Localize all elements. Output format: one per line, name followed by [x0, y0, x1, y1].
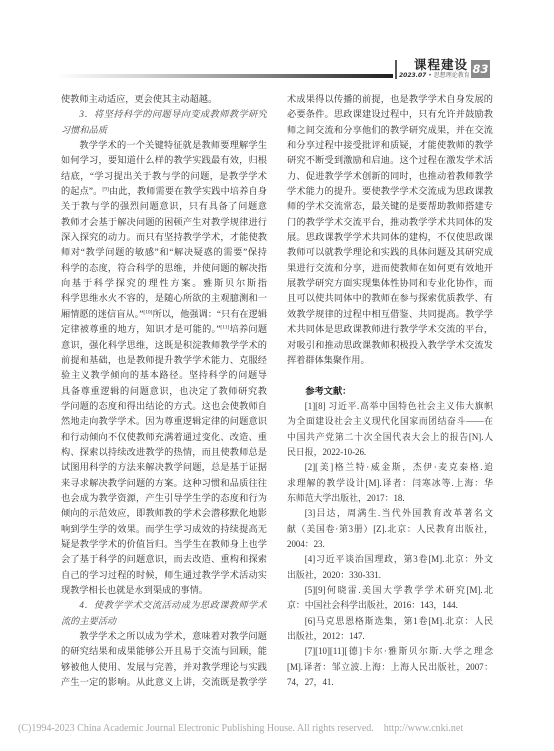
- issue-date: 2023.07: [399, 72, 426, 79]
- reference-line: [2][美]格兰特·威金斯，杰伊·麦克泰格.追: [287, 460, 493, 475]
- journal-name: 思想理论教育: [434, 72, 470, 79]
- body-line: 定律被尊重的地方，知识才是可能的。”[11]培养问题: [61, 322, 267, 337]
- section-title: 课程建设: [400, 58, 468, 72]
- body-line: 挥着群体集聚作用。: [287, 353, 493, 368]
- reference-line: [1][8] 习近平.高举中国特色社会主义伟大旗帜: [287, 399, 493, 414]
- reference-item: [4]习近平谈治国理政，第3卷[M].北京：外文 出版社，2020：330-33…: [287, 552, 493, 583]
- left-column: 使教师主动适应，更会使其主动超越。 3．将坚持科学的问题导向变成教师教学研究的 …: [61, 92, 267, 690]
- body-line: 教师才会基于解决问题的困顿产生对教学规律进行: [61, 215, 267, 230]
- body-line: 术共同体是思政课教师进行教学学术交流的平台，: [287, 322, 493, 337]
- body-line: 师对“教学问题的敏感”和“解决疑惑的需要”保持: [61, 245, 267, 260]
- body-line: 然地走向教学学术。因为尊重逻辑定律的问题意识: [61, 414, 267, 429]
- body-line: 会了基于科学的问题意识，而去改造、重构和探索: [61, 552, 267, 567]
- body-line: 试图用科学的方法来解决教学问题，总是基于证据: [61, 460, 267, 475]
- reference-line: 东师范大学出版社，2017：18.: [287, 491, 493, 506]
- spacer: [287, 368, 493, 383]
- section-heading-3: 3．将坚持科学的问题导向变成教师教学研究的: [61, 107, 267, 122]
- body-line: 必要条件。思政课建设过程中，只有允许并鼓励教: [287, 107, 493, 122]
- reference-item: [2][美]格兰特·威金斯，杰伊·麦克泰格.追 求理解的教学设计[M].译者：闫…: [287, 460, 493, 506]
- reference-line: [4]习近平谈治国理政，第3卷[M].北京：外文: [287, 552, 493, 567]
- reference-line: 献（美国卷·第3册）[Z].北京：人民教育出版社，: [287, 522, 493, 537]
- reference-item: [5][9]何晓雷.美国大学教学学术研究[M].北 京：中国社会科学出版社，20…: [287, 583, 493, 614]
- reference-line: 京：中国社会科学出版社，2016：143，144.: [287, 598, 493, 613]
- reference-line: 中国共产党第二十次全国代表大会上的报告[N].人: [287, 430, 493, 445]
- references-title: 参考文献：: [287, 384, 493, 399]
- body-line: 教学学术之所以成为学术，意味着对教学问题: [61, 629, 267, 644]
- reference-line: 74，27，41.: [287, 675, 493, 690]
- body-line: 产生一定的影响。从此意义上讲，交流既是教学学: [61, 675, 267, 690]
- body-line: 使教师主动适应，更会使其主动超越。: [61, 92, 267, 107]
- text-segment: 培养问题: [229, 324, 267, 334]
- reference-line: 出版社，2020：330-331.: [287, 568, 493, 583]
- body-line: 和行动倾向不仅使教师充满着通过变化、改造、重: [61, 430, 267, 445]
- reference-item: [3]吕达，周满生.当代外国教育改革著名文 献（美国卷·第3册）[Z].北京：人…: [287, 506, 493, 552]
- text-segment: 定律被尊重的地方，知识才是可能的。”: [61, 324, 220, 334]
- body-line: 且可以使共同体中的教师在参与探索优质教学、有: [287, 291, 493, 306]
- body-line: 具备尊重逻辑的问题意识，也决定了教师研究教: [61, 384, 267, 399]
- right-column: 术成果得以传播的前提，也是教学学术自身发展的 必要条件。思政课建设过程中，只有允…: [287, 92, 493, 690]
- body-line: 构、探索以持续改进教学的热情，而且使教师总是: [61, 445, 267, 460]
- body-line: 效教学规律的过程中相互借鉴、共同提高。教学学: [287, 307, 493, 322]
- reference-line: 出版社，2012：147.: [287, 629, 493, 644]
- body-line: 术成果得以传播的前提，也是教学学术自身发展的: [287, 92, 493, 107]
- reference-item: [6]马克思恩格斯选集，第1卷[M].北京：人民 出版社，2012：147.: [287, 614, 493, 645]
- reference-line: 为全面建设社会主义现代化国家而团结奋斗——在: [287, 414, 493, 429]
- body-line: 也会成为教学资源，产生引导学生学的态度和行为: [61, 491, 267, 506]
- text-segment: 由此，教师需要在教学实践中培养自身: [109, 186, 267, 196]
- section-heading-4: 4．使教学学术交流活动成为思政课教师学术交: [61, 598, 267, 613]
- body-line: 关于教与学的强烈问题意识，只有具备了问题意识，: [61, 199, 267, 214]
- reference-line: [M].译者：邹立波.上海：上海人民出版社，2007：: [287, 660, 493, 675]
- body-line: 教学学术的一个关键特征就是教师要理解学生: [61, 138, 267, 153]
- body-line: 自己的学习过程的时候，师生通过教学学术活动实: [61, 568, 267, 583]
- issue-separator: •: [428, 72, 432, 79]
- footer-url[interactable]: http://www.cnki.net: [384, 723, 463, 734]
- section-heading-3-cont: 习惯和品质: [61, 123, 267, 138]
- body-line: 来寻求解决教学问题的方案。这种习惯和品质往往: [61, 476, 267, 491]
- text-segment: 厢情愿的迷信盲从。”: [61, 309, 143, 319]
- body-line: 教师可以就教学理论和实践的具体问题及其研究成: [287, 245, 493, 260]
- page-number: 83: [471, 60, 490, 78]
- body-line: 力、促进教学学术创新的同时，也推动着教师教学: [287, 169, 493, 184]
- body-line: 和分享过程中接受批评和质疑，才能使教师的教学: [287, 138, 493, 153]
- body-line: 疑是教学学术的价值旨归。当学生在教师身上也学: [61, 537, 267, 552]
- body-line: 深入探究的动力。而只有坚持教学学术，才能使教: [61, 230, 267, 245]
- body-line: 对吸引和推动思政课教师积极投入教学学术交流发: [287, 338, 493, 353]
- copyright-text: (C)1994-2023 China Academic Journal Elec…: [18, 723, 374, 734]
- body-line: 向基于科学探究的理性方案。雅斯贝尔斯指出：“与: [61, 276, 267, 291]
- body-line: 科学思维水火不容的，是随心所欲的主观臆测和一: [61, 291, 267, 306]
- reference-line: 求理解的教学设计[M].译者：闫寒冰等.上海：华: [287, 476, 493, 491]
- reference-item: [1][8] 习近平.高举中国特色社会主义伟大旗帜 为全面建设社会主义现代化国家…: [287, 399, 493, 460]
- reference-line: [5][9]何晓雷.美国大学教学学术研究[M].北: [287, 583, 493, 598]
- body-line: 结底，“学习提出关于教与学的问题，是教学学术: [61, 169, 267, 184]
- body-line: 如何学习，要知道什么样的教学实践最有效，归根: [61, 153, 267, 168]
- body-line: 现教学相长也就是水到渠成的事情。: [61, 583, 267, 598]
- body-line: 厢情愿的迷信盲从。”[10]所以，他强调：“只有在逻辑: [61, 307, 267, 322]
- body-line: 师之间交流和分享他们的教学研究成果，并在交流: [287, 123, 493, 138]
- reference-item: [7][10][11][德]卡尔·雅斯贝尔斯.大学之理念 [M].译者：邹立波.…: [287, 644, 493, 690]
- body-line: 学问题的态度和得出结论的方式。这也会使教师自: [61, 399, 267, 414]
- body-line: 科学的态度，符合科学的思维，并使问题的解决指: [61, 261, 267, 276]
- body-line: 学术能力的提升。要使教学学术交流成为思政课教: [287, 184, 493, 199]
- body-line: 果进行交流和分享，进而使教师在如何更有效地开: [287, 261, 493, 276]
- text-segment: 所以，他强调：“只有在逻辑: [152, 309, 267, 319]
- header-gradient-rule: [55, 74, 393, 78]
- reference-line: 2004：23.: [287, 537, 493, 552]
- section-heading-4-cont: 流的主要活动: [61, 614, 267, 629]
- body-line: 验主义教学倾向的基本路径。坚持科学的问题导向，: [61, 368, 267, 383]
- body-line: 展。思政课教学学术共同体的建构，不仅使思政课: [287, 230, 493, 245]
- reference-line: [7][10][11][德]卡尔·雅斯贝尔斯.大学之理念: [287, 644, 493, 659]
- body-line: 研究不断受到激励和启迪。这个过程在激发学术活: [287, 153, 493, 168]
- body-line: 展教学研究方面实现集体性协同和专业化协作，而: [287, 276, 493, 291]
- text-segment: 的起点”。: [61, 186, 102, 196]
- body-line: 意识，强化科学思维，这既是积淀教师教学学术的: [61, 338, 267, 353]
- reference-line: 民日报，2022-10-26.: [287, 445, 493, 460]
- body-line: 够被他人使用、发展与完善，并对教学理论与实践: [61, 660, 267, 675]
- body-line: 的研究结果和成果能够公开且易于交流与回顾，能: [61, 644, 267, 659]
- header-vertical-divider: [395, 60, 397, 79]
- issue-line: 2023.07 • 思想理论教育: [399, 72, 469, 80]
- copyright-footer: (C)1994-2023 China Academic Journal Elec…: [18, 722, 463, 736]
- body-line: 门的教学学术交流平台，推动教学学术共同体的发: [287, 215, 493, 230]
- reference-line: [3]吕达，周满生.当代外国教育改革著名文: [287, 506, 493, 521]
- body-line: 前提和基础，也是教师提升教学学术能力、克服经: [61, 353, 267, 368]
- body-line: 的起点”。[9]由此，教师需要在教学实践中培养自身: [61, 184, 267, 199]
- body-line: 响到学生学的效果。而学生学习成效的持续提高无: [61, 522, 267, 537]
- body-line: 师的学术交流常态，最关键的是要帮助教师搭建专: [287, 199, 493, 214]
- body-line: 倾向的示范效应，即教师教的学术会潜移默化地影: [61, 506, 267, 521]
- reference-line: [6]马克思恩格斯选集，第1卷[M].北京：人民: [287, 614, 493, 629]
